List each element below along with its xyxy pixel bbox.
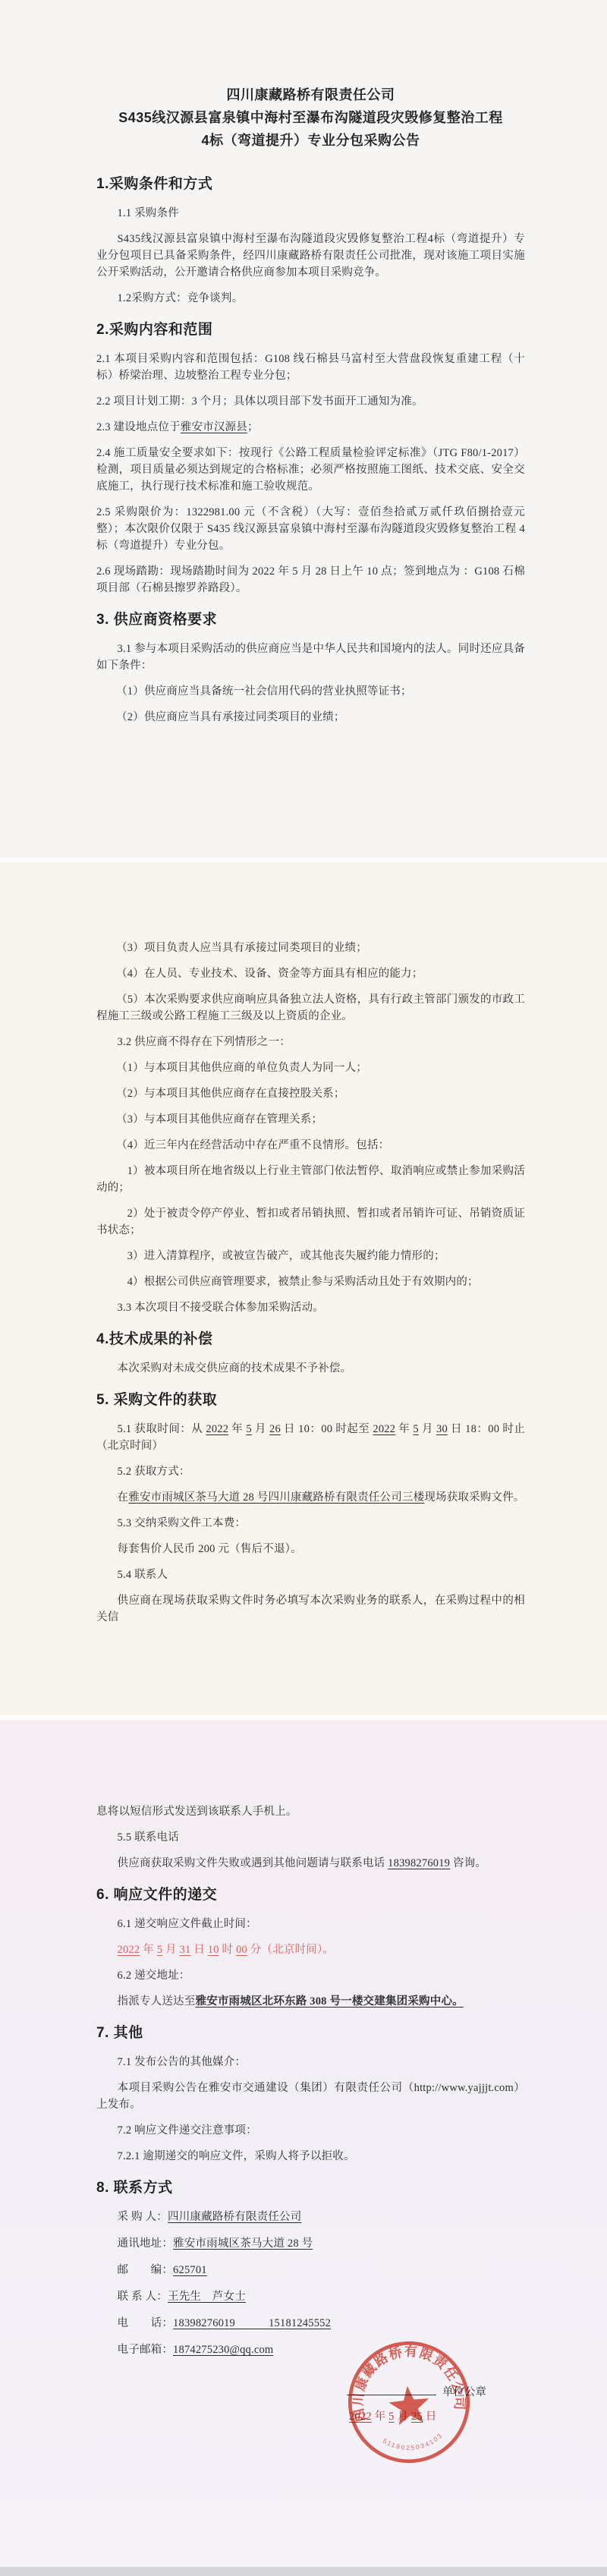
clause-3-2-subitem-1: 1）被本项目所在地省级以上行业主管部门依法暂停、取消响应或禁止参加采购活动的； — [96, 1163, 525, 1196]
contact-email: 电子邮箱：1874275230@qq.com — [96, 2341, 525, 2358]
clause-7-2: 7.2 响应文件递交注意事项： — [96, 2122, 525, 2139]
clause-5-5: 5.5 联系电话 — [96, 1829, 525, 1846]
clause-4-body: 本次采购对未成交供应商的技术成果不予补偿。 — [96, 1360, 525, 1377]
section-1-heading: 1.采购条件和方式 — [96, 175, 525, 194]
clause-3-1: 3.1 参与本项目采购活动的供应商应当是中华人民共和国境内的法人。同时还应具备如… — [96, 641, 525, 674]
clause-5-2-body: 在雅安市雨城区茶马大道 28 号四川康藏路桥有限责任公司三楼现场获取采购文件。 — [96, 1489, 525, 1506]
clause-6-1: 6.1 递交响应文件截止时间： — [96, 1916, 525, 1932]
clause-3-2-subitem-3: 3）进入清算程序，或被宣告破产，或其他丧失履约能力情形的； — [96, 1248, 525, 1264]
title-line-company: 四川康藏路桥有限责任公司 — [96, 83, 525, 106]
document-page-1: 四川康藏路桥有限责任公司 S435线汉源县富泉镇中海村至瀑布沟隧道段灾毁修复整治… — [0, 0, 607, 858]
clause-3-1-item-3: （3）项目负责人应当具有承接过同类项目的业绩； — [96, 940, 525, 956]
clause-7-1: 7.1 发布公告的其他媒介： — [96, 2054, 525, 2071]
clause-3-3: 3.3 本次项目不接受联合体参加采购活动。 — [96, 1299, 525, 1316]
clause-2-2: 2.2 项目计划工期：3 个月；具体以项目部下发书面开工通知为准。 — [96, 393, 525, 410]
clause-5-3: 5.3 交纳采购文件工本费： — [96, 1515, 525, 1532]
clause-5-3-body: 每套售价人民币 200 元（售后不退）。 — [96, 1541, 525, 1557]
section-6-heading: 6. 响应文件的递交 — [96, 1885, 525, 1905]
clause-5-5-body: 供应商获取采购文件失败或遇到其他问题请与联系电话 18398276019 咨询。 — [96, 1855, 525, 1872]
clause-2-5: 2.5 采购限价为：1322981.00 元（不含税）（大写：壹佰叁拾贰万贰仟玖… — [96, 504, 525, 554]
signature-row: 单位公章 — [347, 2384, 525, 2401]
clause-2-6: 2.6 现场踏勘：现场踏勘时间为 2022 年 5 月 28 日上午 10 点；… — [96, 563, 525, 597]
clause-1-2: 1.2采购方式：竞争谈判。 — [96, 290, 525, 307]
clause-1-1-body: S435线汉源县富泉镇中海村至瀑布沟隧道段灾毁修复整治工程4标（弯道提升）专业分… — [96, 231, 525, 281]
clause-3-2-item-1: （1）与本项目其他供应商的单位负责人为同一人； — [96, 1060, 525, 1076]
clause-3-1-item-4: （4）在人员、专业技术、设备、资金等方面具有相应的能力； — [96, 965, 525, 982]
section-3-heading: 3. 供应商资格要求 — [96, 610, 525, 630]
clause-6-1-deadline: 2022 年 5 月 31 日 10 时 00 分（北京时间）。 — [96, 1941, 525, 1958]
clause-2-4: 2.4 施工质量安全要求如下：按现行《公路工程质量检验评定标准》（JTG F80… — [96, 445, 525, 495]
section-2-heading: 2.采购内容和范围 — [96, 320, 525, 340]
clause-3-2-item-3: （3）与本项目其他供应商存在管理关系； — [96, 1111, 525, 1128]
clause-3-2-subitem-4: 4）根据公司供应商管理要求，被禁止参与采购活动且处于有效期内的； — [96, 1274, 525, 1290]
clause-3-1-item-5: （5）本次采购要求供应商响应具备独立法人资格，具有行政主管部门颁发的市政工程施工… — [96, 991, 525, 1025]
clause-3-1-item-1: （1）供应商应当具备统一社会信用代码的营业执照等证书； — [96, 683, 525, 700]
svg-text:5118025034103: 5118025034103 — [381, 2430, 445, 2455]
clause-3-2-item-2: （2）与本项目其他供应商存在直接控股关系； — [96, 1085, 525, 1102]
clause-3-2: 3.2 供应商不得存在下列情形之一： — [96, 1034, 525, 1050]
contact-phone: 电 话：18398276019 15181245552 — [96, 2315, 525, 2332]
clause-6-2: 6.2 递交地址： — [96, 1967, 525, 1984]
section-7-heading: 7. 其他 — [96, 2023, 525, 2043]
clause-2-3: 2.3 建设地点位于雅安市汉源县； — [96, 419, 525, 436]
document-page-2: （3）项目负责人应当具有承接过同类项目的业绩； （4）在人员、专业技术、设备、资… — [0, 862, 607, 1715]
clause-6-2-body: 指派专人送达至雅安市雨城区北环东路 308 号一楼交建集团采购中心。 — [96, 1993, 525, 2010]
clause-1-1: 1.1 采购条件 — [96, 205, 525, 222]
signature-blank-line — [347, 2384, 436, 2395]
clause-5-4: 5.4 联系人 — [96, 1567, 525, 1583]
scan-bottom-edge — [0, 2567, 607, 2576]
contact-postcode: 邮 编：625701 — [96, 2262, 525, 2278]
document-title: 四川康藏路桥有限责任公司 S435线汉源县富泉镇中海村至瀑布沟隧道段灾毁修复整治… — [96, 83, 525, 152]
section-8-heading: 8. 联系方式 — [96, 2178, 525, 2198]
clause-3-2-subitem-2: 2）处于被责令停产停业、暂扣或者吊销执照、暂扣或者吊销许可证、吊销资质证书状态； — [96, 1205, 525, 1239]
contact-block: 采 购 人：四川康藏路桥有限责任公司 通讯地址：雅安市雨城区茶马大道 28 号 … — [96, 2209, 525, 2358]
clause-3-1-item-2: （2）供应商应当具有承接过同类项目的业绩； — [96, 709, 525, 726]
contact-purchaser: 采 购 人：四川康藏路桥有限责任公司 — [96, 2209, 525, 2225]
clause-5-1: 5.1 获取时间：从 2022 年 5 月 26 日 10：00 时起至 202… — [96, 1421, 525, 1454]
clause-7-1-body: 本项目采购公告在雅安市交通建设（集团）有限责任公司（http://www.yaj… — [96, 2080, 525, 2113]
clause-7-2-1: 7.2.1 逾期递交的响应文件，采购人将予以拒收。 — [96, 2148, 525, 2165]
section-5-heading: 5. 采购文件的获取 — [96, 1390, 525, 1410]
contact-address: 通讯地址：雅安市雨城区茶马大道 28 号 — [96, 2235, 525, 2252]
clause-5-4-body-continued: 息将以短信形式发送到该联系人手机上。 — [96, 1803, 525, 1820]
seal-serial-number: 5118025034103 — [381, 2430, 445, 2455]
announcement-date: 2022 年 5 月 25 日 — [349, 2408, 525, 2425]
clause-5-4-body: 供应商在现场获取采购文件时务必填写本次采购业务的联系人，在采购过程中的相关信 — [96, 1592, 525, 1626]
contact-person: 联 系 人：王先生 芦女士 — [96, 2288, 525, 2305]
seal-label: 单位公章 — [442, 2386, 486, 2398]
document-page-3: 息将以短信形式发送到该联系人手机上。 5.5 联系电话 供应商获取采购文件失败或… — [0, 1720, 607, 2567]
title-line-project: S435线汉源县富泉镇中海村至瀑布沟隧道段灾毁修复整治工程 — [96, 106, 525, 129]
clause-2-1: 2.1 本项目采购内容和范围包括：G108 线石棉县马富村至大营盘段恢复重建工程… — [96, 351, 525, 384]
clause-5-2: 5.2 获取方式： — [96, 1463, 525, 1480]
section-4-heading: 4.技术成果的补偿 — [96, 1330, 525, 1349]
clause-3-2-item-4: （4）近三年内在经营活动中存在严重不良情形。包括： — [96, 1137, 525, 1154]
title-line-notice: 4标（弯道提升）专业分包采购公告 — [96, 129, 525, 152]
